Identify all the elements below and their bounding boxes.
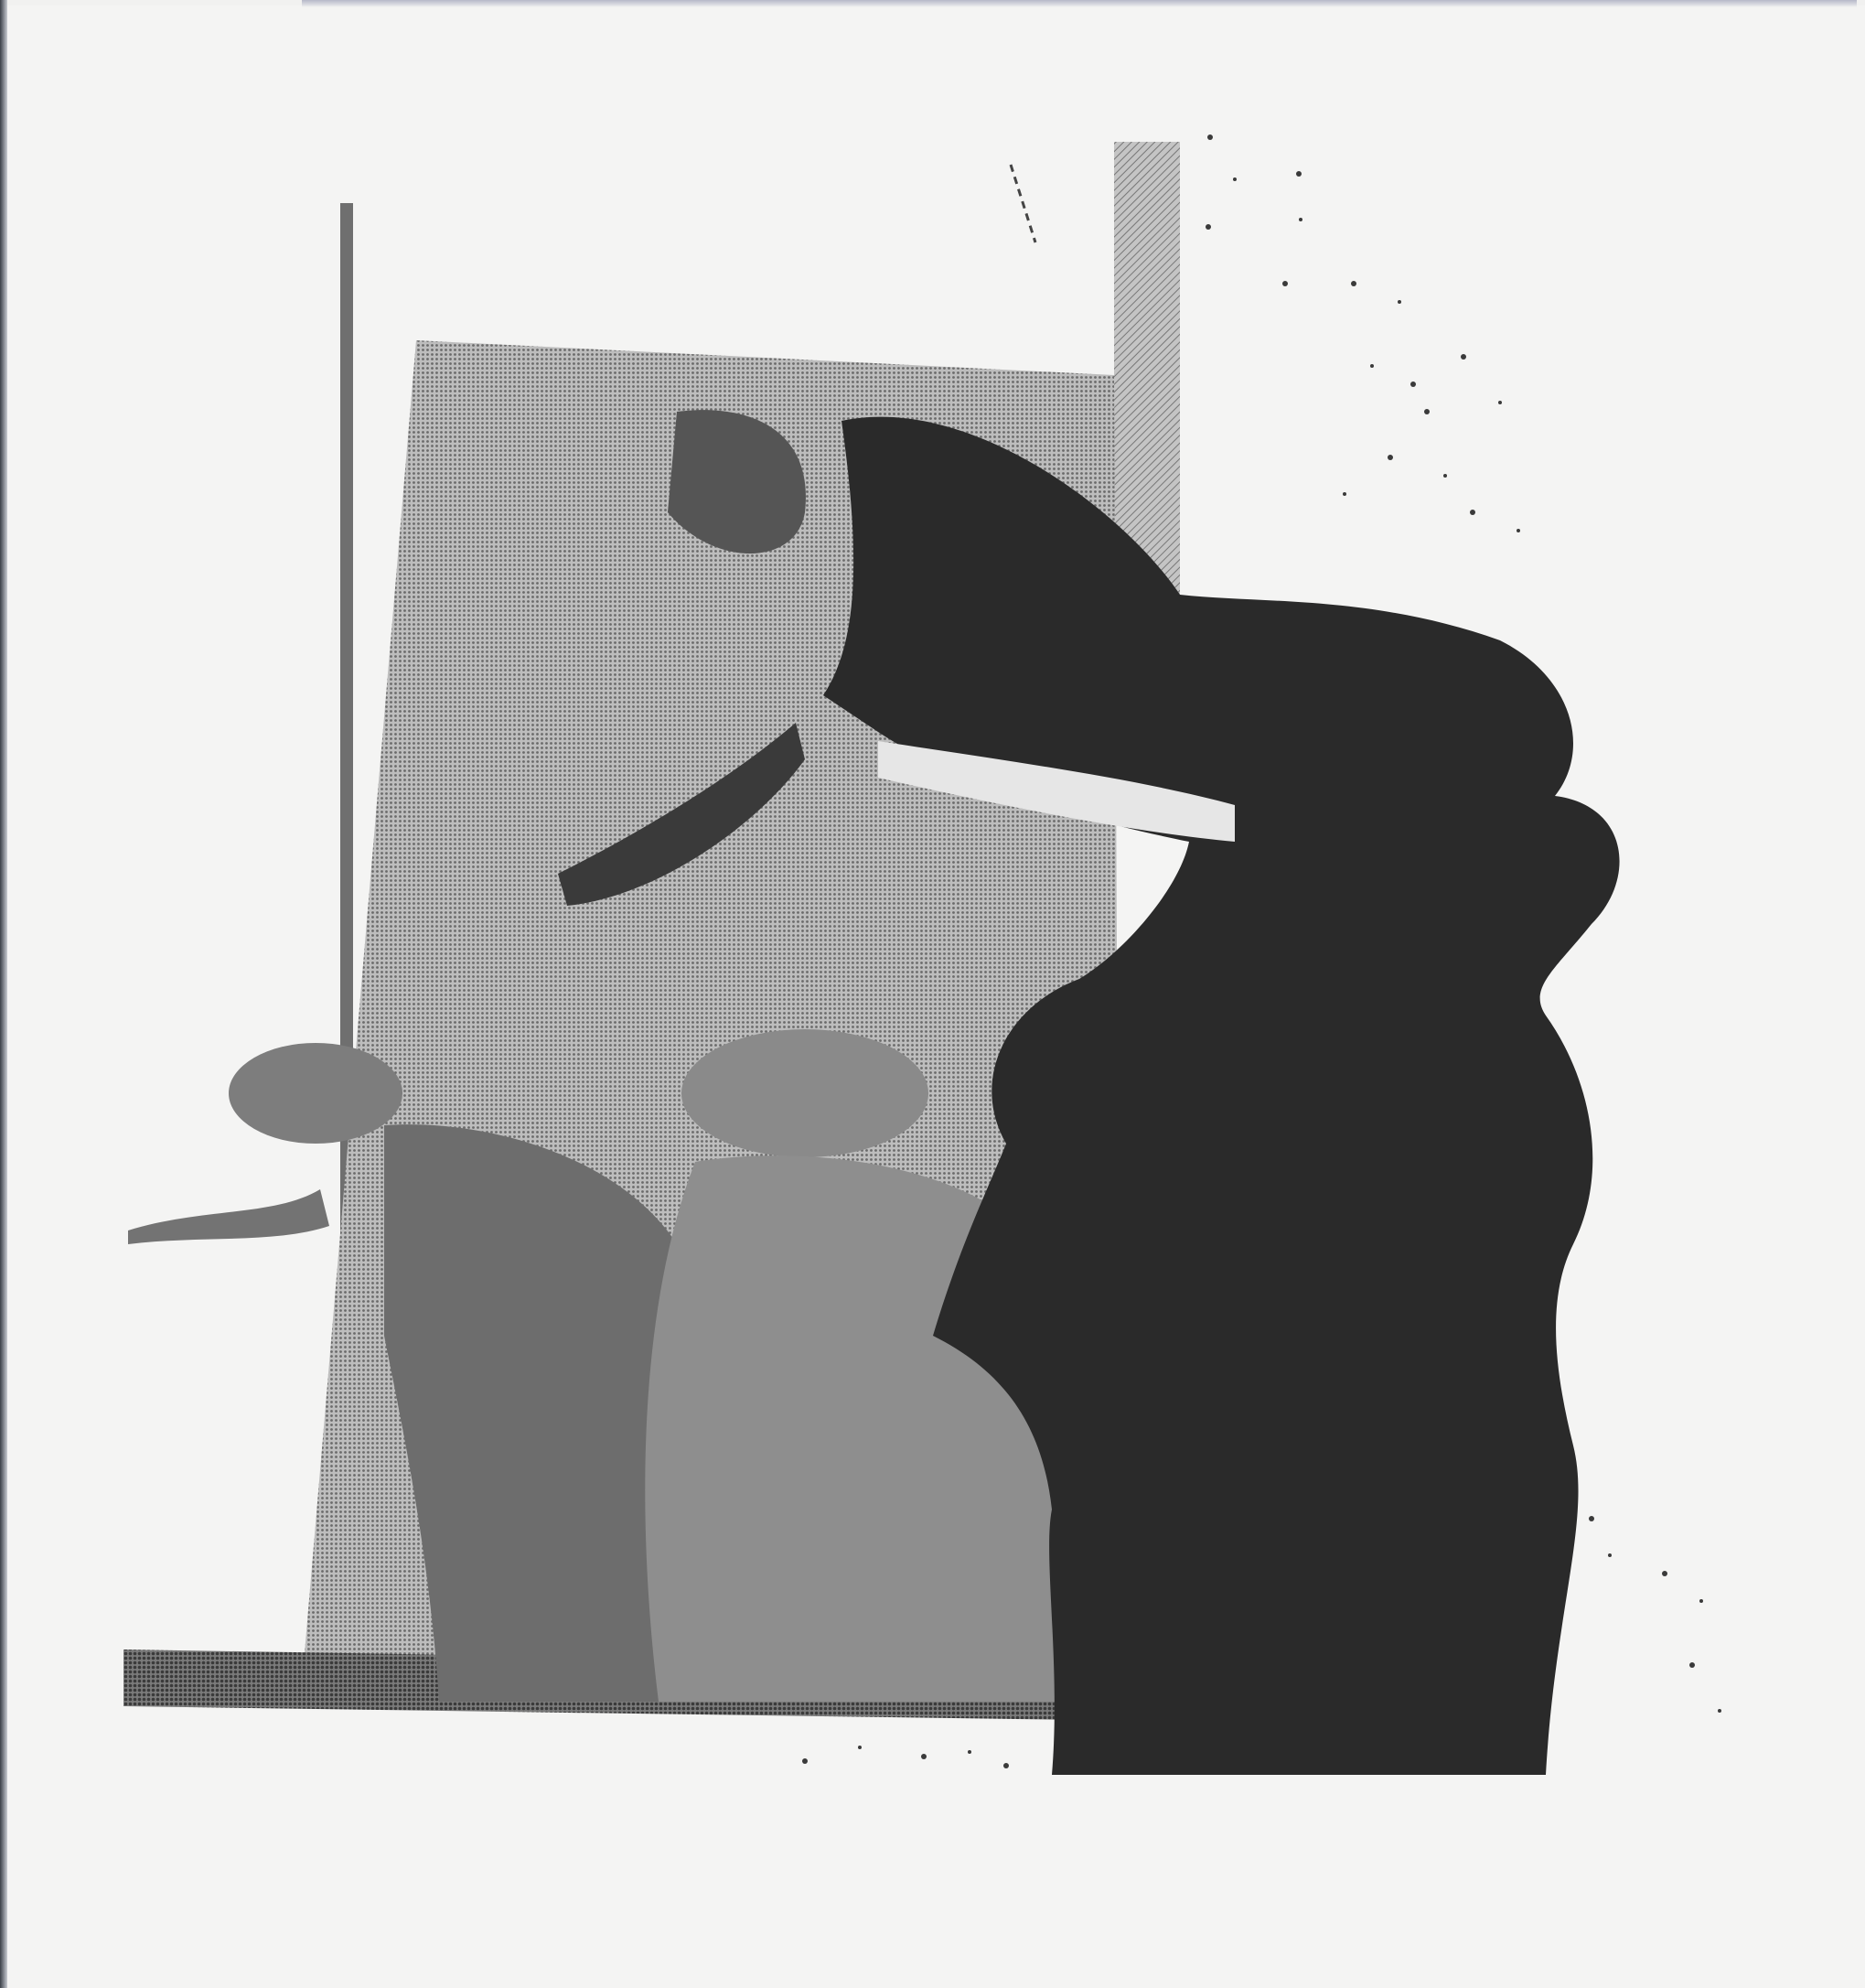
halftone-artwork — [0, 0, 1865, 1988]
figure-left-head — [229, 1043, 402, 1144]
figure-left-arm — [128, 1189, 329, 1244]
figure-middle-head — [681, 1029, 928, 1157]
bar-top-right — [1114, 142, 1180, 599]
thin-mark — [1011, 165, 1035, 242]
